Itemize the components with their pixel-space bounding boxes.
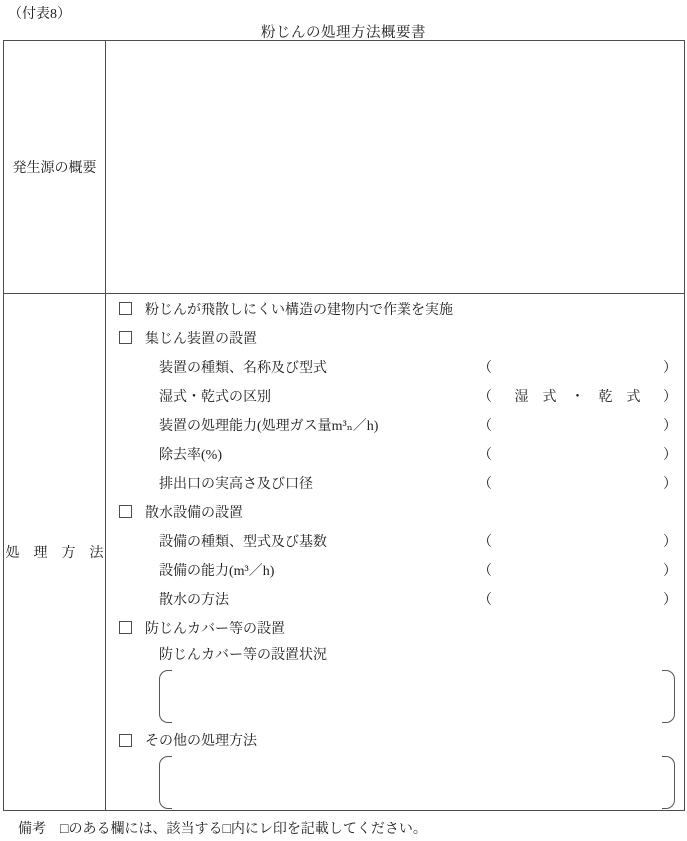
subitem-wet-dry: 湿式・乾式の区別 （ 湿 式 ・ 乾 式 ） <box>106 381 684 410</box>
close-paren: ） <box>663 386 677 406</box>
fill-in-field-equipment-type: （ ） <box>478 526 677 555</box>
checkbox-other <box>119 734 132 747</box>
big-open-paren <box>159 756 172 809</box>
subitem-capacity-label: 装置の処理能力(処理ガス量m³ₙ／h) <box>159 415 378 435</box>
open-paren: （ <box>478 560 492 580</box>
method-label: 処 理 方 法 <box>6 542 104 562</box>
fill-in-field-wet-dry: （ 湿 式 ・ 乾 式 ） <box>478 381 677 410</box>
method-item-building-label: 粉じんが飛散しにくい構造の建物内で作業を実施 <box>145 299 453 319</box>
checkbox-sprinkler <box>119 505 132 518</box>
subitem-equipment-capacity: 設備の能力(m³／h) （ ） <box>106 555 684 584</box>
source-label: 発生源の概要 <box>13 157 97 177</box>
method-item-sprinkler-label: 散水設備の設置 <box>145 502 243 522</box>
fill-in-field-outlet: （ ） <box>478 468 677 497</box>
big-close-paren <box>662 756 675 809</box>
big-close-paren <box>662 670 675 723</box>
open-paren: （ <box>478 415 492 435</box>
subitem-wet-dry-label: 湿式・乾式の区別 <box>159 386 271 406</box>
fill-in-bracket-area-cover <box>159 666 675 726</box>
fill-in-field-equipment-capacity: （ ） <box>478 555 677 584</box>
method-item-cover: 防じんカバー等の設置 <box>106 613 684 642</box>
method-item-building: 粉じんが飛散しにくい構造の建物内で作業を実施 <box>106 294 684 323</box>
subitem-removal-rate: 除去率(%) （ ） <box>106 439 684 468</box>
checkbox-collector <box>119 331 132 344</box>
appendix-label: （付表8） <box>8 3 71 23</box>
subitem-cover-status-label: 防じんカバー等の設置状況 <box>159 644 327 664</box>
open-paren: （ <box>478 444 492 464</box>
open-paren: （ <box>478 531 492 551</box>
open-paren: （ <box>478 473 492 493</box>
subitem-equipment-type-label: 設備の種類、型式及び基数 <box>159 531 327 551</box>
method-content-cell: 粉じんが飛散しにくい構造の建物内で作業を実施 集じん装置の設置 装置の種類、名称… <box>106 294 684 810</box>
open-paren: （ <box>478 386 492 406</box>
subitem-outlet-label: 排出口の実高さ及び口径 <box>159 473 313 493</box>
subitem-cover-status: 防じんカバー等の設置状況 <box>106 642 684 666</box>
subitem-capacity: 装置の処理能力(処理ガス量m³ₙ／h) （ ） <box>106 410 684 439</box>
subitem-collector-type: 装置の種類、名称及び型式 （ ） <box>106 352 684 381</box>
fill-in-bracket-area-other <box>159 754 675 810</box>
subitem-equipment-capacity-label: 設備の能力(m³／h) <box>159 560 274 580</box>
field-value-wet-dry: 湿 式 ・ 乾 式 <box>492 386 663 406</box>
subitem-collector-type-label: 装置の種類、名称及び型式 <box>159 357 327 377</box>
fill-in-field-removal-rate: （ ） <box>478 439 677 468</box>
method-item-collector: 集じん装置の設置 <box>106 323 684 352</box>
remark: 備考□のある欄には、該当する□内にレ印を記載してください。 <box>18 818 427 838</box>
source-content-cell <box>106 41 684 294</box>
subitem-removal-rate-label: 除去率(%) <box>159 444 222 464</box>
subitem-outlet: 排出口の実高さ及び口径 （ ） <box>106 468 684 497</box>
fill-in-field-capacity: （ ） <box>478 410 677 439</box>
close-paren: ） <box>663 531 677 551</box>
remark-label: 備考 <box>18 822 46 837</box>
close-paren: ） <box>663 589 677 609</box>
close-paren: ） <box>663 444 677 464</box>
big-open-paren <box>159 670 172 723</box>
fill-in-field-watering-method: （ ） <box>478 584 677 613</box>
close-paren: ） <box>663 357 677 377</box>
method-item-other-label: その他の処理方法 <box>145 730 257 750</box>
checkbox-cover <box>119 621 132 634</box>
page-title: 粉じんの処理方法概要書 <box>0 21 687 42</box>
subitem-watering-method-label: 散水の方法 <box>159 589 229 609</box>
open-paren: （ <box>478 589 492 609</box>
source-label-cell: 発生源の概要 <box>4 41 106 294</box>
fill-in-field-collector-type: （ ） <box>478 352 677 381</box>
method-item-collector-label: 集じん装置の設置 <box>145 328 257 348</box>
close-paren: ） <box>663 473 677 493</box>
form-table: 発生源の概要 処 理 方 法 粉じんが飛散しにくい構造の建物内で作業を実施 集じ… <box>3 40 685 811</box>
method-label-cell: 処 理 方 法 <box>4 294 106 810</box>
remark-text: □のある欄には、該当する□内にレ印を記載してください。 <box>60 822 427 837</box>
subitem-equipment-type: 設備の種類、型式及び基数 （ ） <box>106 526 684 555</box>
checkbox-building <box>119 302 132 315</box>
close-paren: ） <box>663 415 677 435</box>
open-paren: （ <box>478 357 492 377</box>
subitem-watering-method: 散水の方法 （ ） <box>106 584 684 613</box>
method-item-sprinkler: 散水設備の設置 <box>106 497 684 526</box>
method-item-other: その他の処理方法 <box>106 726 684 754</box>
close-paren: ） <box>663 560 677 580</box>
document-page: （付表8） 粉じんの処理方法概要書 発生源の概要 処 理 方 法 粉じんが飛散し… <box>0 0 687 841</box>
method-item-cover-label: 防じんカバー等の設置 <box>145 618 285 638</box>
